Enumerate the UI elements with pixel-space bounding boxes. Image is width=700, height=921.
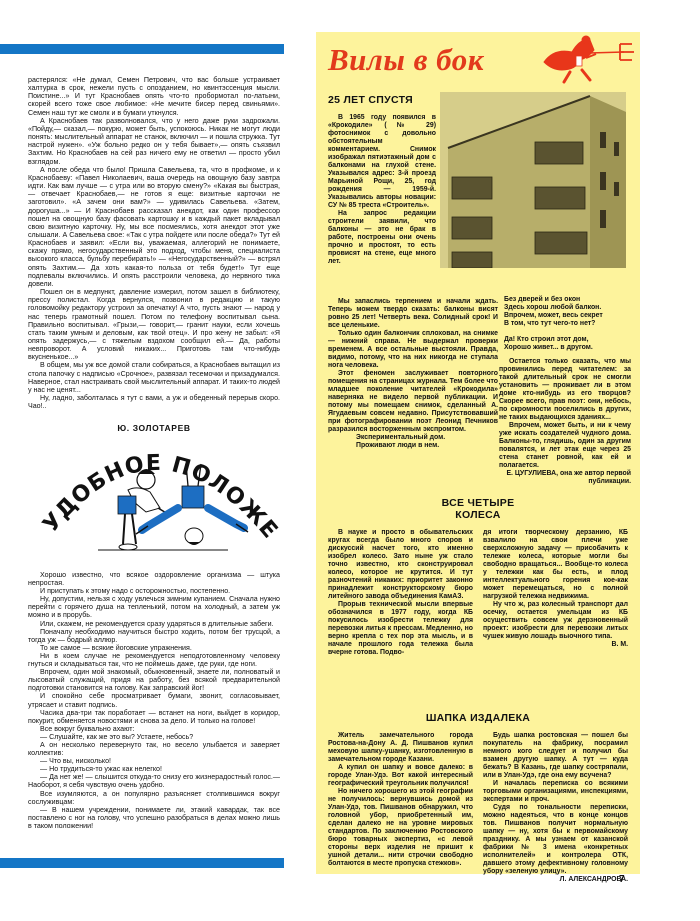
paragraph: Пошел он в медпункт, давление измерил, п… xyxy=(28,288,280,361)
paragraph: Будь шапка ростовская — пошел бы покупат… xyxy=(483,732,628,780)
article1-intro: В 1965 году появился в «Крокодиле» (№ 29… xyxy=(328,114,436,266)
paragraph: — Но трудиться-то ужас как нелегко! xyxy=(28,765,280,773)
paragraph: Но ничего хорошего из этой географии не … xyxy=(328,788,473,868)
paragraph: То же самое — всякие йоговские упражнени… xyxy=(28,644,280,652)
article2-body: В науке и просто в обывательских кругах … xyxy=(328,529,628,657)
paragraph: Прорыв технической мысли впервые обознач… xyxy=(328,601,473,657)
signature: Е. ЦУГУЛИЕВА, она же автор первой публик… xyxy=(499,470,631,486)
headstand-cartoon-icon: УДОБНОЕ ПОЛОЖЕНИЕ xyxy=(28,440,280,558)
paragraph: Впрочем, один мой знакомый, обыкновенный… xyxy=(28,668,280,692)
paragraph: А купил он шапку и вовсе далеко: в город… xyxy=(328,764,473,788)
article3-col1: Житель замечательного города Ростова-на-… xyxy=(328,732,473,884)
left-story-udobnoe-polozhenie: Хорошо известно, что всякое оздоровление… xyxy=(28,571,280,830)
paragraph: В 1965 году появился в «Крокодиле» (№ 29… xyxy=(328,114,436,210)
article1-body: Мы запаслись терпением и начали ждать. Т… xyxy=(328,298,498,450)
paragraph: А он несколько перевернуто так, но весел… xyxy=(28,741,280,757)
paragraph: Только один балкончик сплоховал, на сним… xyxy=(328,330,498,370)
building-photo xyxy=(440,92,626,268)
article2-col1: В науке и просто в обывательских кругах … xyxy=(328,529,473,657)
paragraph: Или, скажем, не рекомендуется сразу удар… xyxy=(28,620,280,628)
article3-body: Житель замечательного города Ростова-на-… xyxy=(328,732,628,884)
paragraph: Житель замечательного города Ростова-на-… xyxy=(328,732,473,764)
paragraph: Хорошо известно, что всякое оздоровление… xyxy=(28,571,280,587)
article-title-vse-chetyre-kolesa: ВСЕ ЧЕТЫРЕ КОЛЕСА xyxy=(316,497,640,521)
left-story-continuation: растерялся: «Не думал, Семен Петрович, ч… xyxy=(28,76,280,410)
paragraph: — Что вы, нисколько! xyxy=(28,757,280,765)
rubric-title: Вилы в бок xyxy=(328,42,484,78)
paragraph: Ну, допустим, нельзя с ходу увлечься зим… xyxy=(28,595,280,619)
paragraph: На запрос редакции строители заявили, чт… xyxy=(328,210,436,266)
paragraph: А после обеда что было! Пришла Савельева… xyxy=(28,166,280,288)
paragraph: В науке и просто в обывательских кругах … xyxy=(328,529,473,601)
paragraph: И спокойно себе просматривает бумаги, зв… xyxy=(28,692,280,708)
paragraph: И приступать к этому надо с осторожность… xyxy=(28,587,280,595)
vily-v-bok-panel: Вилы в бок 25 ЛЕТ СПУСТЯ xyxy=(316,32,640,874)
paragraph: А Краснобаев так разволновался, что у не… xyxy=(28,117,280,166)
paragraph: Все вокруг буквально ахают: xyxy=(28,725,280,733)
article-title-shapka-izdaleka: ШАПКА ИЗДАЛЕКА xyxy=(316,712,640,724)
paragraph: растерялся: «Не думал, Семен Петрович, ч… xyxy=(28,76,280,117)
paragraph: Все изумляются, а он популярно разъясняе… xyxy=(28,790,280,806)
article2-col2: дя итоги творческому дерзанию, КБ взвали… xyxy=(483,529,628,657)
paragraph: Остается только сказать, что мы провинил… xyxy=(499,358,631,422)
page-number: 7 xyxy=(619,874,625,885)
paragraph: Судя по тональности переписки, можно над… xyxy=(483,804,628,876)
crocodile-pitchfork-icon xyxy=(540,32,640,84)
cartoon-illustration: УДОБНОЕ ПОЛОЖЕНИЕ xyxy=(28,440,280,558)
paragraph: Поначалу необходимо научиться быстро ход… xyxy=(28,628,280,644)
paragraph: Этот феномен заслуживает повторного поме… xyxy=(328,370,498,434)
verse-left: Экспериментальный дом. Проживают люди в … xyxy=(356,434,498,450)
signature: В. М. xyxy=(483,641,628,649)
paragraph: Ни в коем случае не рекомендуется неподг… xyxy=(28,652,280,668)
bottom-blue-bar xyxy=(0,858,284,868)
paragraph: — Да нет же! — слышится откуда-то снизу … xyxy=(28,773,280,789)
article1-continuation: Без дверей и без окон Здесь хорош любой … xyxy=(499,296,639,486)
author-byline: Ю. ЗОЛОТАРЕВ xyxy=(28,423,280,433)
paragraph: — В нашем учреждении, понимаете ли, этак… xyxy=(28,806,280,830)
article3-col2: Будь шапка ростовская — пошел бы покупат… xyxy=(483,732,628,884)
article-title-25-let: 25 ЛЕТ СПУСТЯ xyxy=(328,94,413,106)
paragraph: Ну, ладно, заболталась я тут с вами, а у… xyxy=(28,394,280,410)
paragraph: И началась переписка со всякими торговым… xyxy=(483,780,628,804)
signature: Л. АЛЕКСАНДРОВА. xyxy=(483,876,628,884)
top-blue-bar xyxy=(0,44,284,54)
paragraph: Часика два-три так поработает — встанет … xyxy=(28,709,280,725)
paragraph: В общем, мы уж все домой стали собиратьс… xyxy=(28,361,280,394)
verse-right: Без дверей и без окон Здесь хорош любой … xyxy=(504,296,631,352)
paragraph: дя итоги творческому дерзанию, КБ взвали… xyxy=(483,529,628,601)
paragraph: Ну что ж, раз колесный транспорт дал осе… xyxy=(483,601,628,641)
building-balconies-photo-icon xyxy=(440,92,626,268)
paragraph: — Слушайте, как же это вы? Устаете, небо… xyxy=(28,733,280,741)
paragraph: Впрочем, может быть, и ни к чему уже иск… xyxy=(499,422,631,470)
paragraph: Мы запаслись терпением и начали ждать. Т… xyxy=(328,298,498,330)
